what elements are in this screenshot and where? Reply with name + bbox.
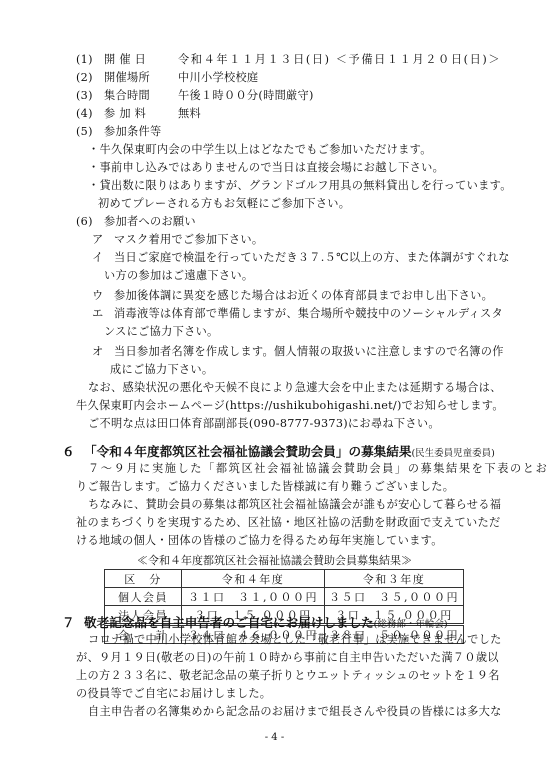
condition-item-continued: 初めてプレーされる方もお気軽にご参加下さい。 bbox=[98, 196, 350, 212]
detail-value: 中川小学校校庭 bbox=[178, 71, 258, 84]
section-title: 敬老記念品を自主申告者のご自宅にお届けしました bbox=[84, 615, 374, 630]
condition-item: ・牛久保東町内会の中学生以上はどなたでもご参加いただけます。 bbox=[88, 142, 432, 158]
section-note: (民生委員児童委員) bbox=[411, 448, 494, 459]
table-header-cell: 区 分 bbox=[105, 570, 182, 588]
request-mark: イ bbox=[92, 250, 114, 266]
section-6-paragraph: ちなみに、賛助会員の募集は都筑区社会福祉協議会が誰もが安心して暮らせる福 bbox=[88, 497, 501, 513]
detail-date: (1)開 催 日令和４年１１月１３日(日) ＜予備日１１月２０日(日)＞ bbox=[76, 52, 501, 68]
request-item: オ当日参加者名簿を作成します。個人情報の取扱いに注意しますので名簿の作 bbox=[92, 344, 504, 360]
table-caption: ≪令和４年度都筑区社会福祉協議会賛助会員募集結果≫ bbox=[0, 552, 549, 568]
detail-label: 参 加 料 bbox=[104, 106, 178, 122]
closing-text: 牛久保東町内会ホームページ(https://ushikubohigashi.ne… bbox=[76, 398, 504, 414]
detail-num: (6) bbox=[76, 214, 104, 230]
detail-num: (4) bbox=[76, 106, 104, 122]
section-7-paragraph: が、９月１９日(敬老の日)の午前１０時から事前に自主申告いただいた満７０歳以 bbox=[76, 650, 499, 666]
section-number: ７ bbox=[62, 614, 84, 632]
request-mark: エ bbox=[92, 306, 114, 322]
request-item: アマスク着用でご参加下さい。 bbox=[92, 232, 263, 248]
detail-fee: (4)参 加 料無料 bbox=[76, 106, 201, 122]
detail-value: 無料 bbox=[178, 107, 201, 120]
request-text: 当日参加者名簿を作成します。個人情報の取扱いに注意しますので名簿の作 bbox=[114, 345, 504, 358]
section-note: (総務部・年輪会) bbox=[374, 619, 448, 630]
section-6-paragraph: ７～９月に実施した「都筑区社会福祉協議会賛助会員」の募集結果を下表のとお bbox=[88, 461, 548, 477]
section-7-paragraph: コロナ禍で中川小学校体育館を会場とした「敬老行事」は実施できませんでした bbox=[88, 632, 502, 648]
detail-num: (5) bbox=[76, 124, 104, 140]
section-6-paragraph: ける地域の個人・団体の皆様のご協力を得るため毎年実施しています。 bbox=[76, 533, 443, 549]
request-text-continued: い方の参加はご遠慮下さい。 bbox=[104, 268, 253, 284]
request-item: イ当日ご家庭で検温を行っていただき３７.５℃以上の方、また体調がすぐれな bbox=[92, 250, 510, 266]
detail-label: 集合時間 bbox=[104, 88, 178, 104]
section-6-paragraph: 祉のまちづくりを実現するため、区社協・地区社協の活動を財政面で支えていただ bbox=[76, 515, 500, 531]
request-text: マスク着用でご参加下さい。 bbox=[114, 233, 263, 246]
detail-label: 参加者へのお願い bbox=[104, 215, 196, 228]
condition-item: ・事前申し込みではありませんので当日は直接会場にお越し下さい。 bbox=[88, 160, 444, 176]
detail-label: 開 催 日 bbox=[104, 52, 178, 68]
section-title: 「令和４年度都筑区社会福祉協議会賛助会員」の募集結果 bbox=[84, 444, 411, 459]
detail-conditions: (5)参加条件等 bbox=[76, 124, 161, 140]
detail-num: (2) bbox=[76, 70, 104, 86]
table-header-cell: 令和４年度 bbox=[182, 570, 325, 588]
detail-label: 開催場所 bbox=[104, 70, 178, 86]
table-header-row: 区 分 令和４年度 令和３年度 bbox=[105, 570, 464, 588]
table-cell: ３１口 ３１,０００円 bbox=[182, 588, 325, 606]
table-header-cell: 令和３年度 bbox=[325, 570, 464, 588]
condition-item: ・貸出数に限りはありますが、グランドゴルフ用具の無料貸出しを行っています。 bbox=[88, 178, 512, 194]
section-7-paragraph: の役員等でご自宅にお届けしました。 bbox=[76, 686, 271, 702]
request-mark: ア bbox=[92, 232, 114, 248]
page-number: - 4 - bbox=[0, 732, 549, 743]
section-6-heading: ６「令和４年度都筑区社会福祉協議会賛助会員」の募集結果(民生委員児童委員) bbox=[62, 443, 495, 463]
request-text: 消毒液等は体育部で準備しますが、集合場所や競技中のソーシャルディスタ bbox=[114, 307, 503, 320]
section-7-paragraph: 自主申告者の名簿集めから記念品のお届けまで組長さんや役員の皆様には多大な bbox=[88, 704, 502, 720]
request-text-continued: ンスにご協力下さい。 bbox=[104, 324, 219, 340]
detail-value: 令和４年１１月１３日(日) ＜予備日１１月２０日(日)＞ bbox=[178, 53, 501, 66]
request-text: 当日ご家庭で検温を行っていただき３７.５℃以上の方、また体調がすぐれな bbox=[114, 251, 510, 264]
request-mark: オ bbox=[92, 344, 114, 360]
section-number: ６ bbox=[62, 443, 84, 461]
table-row: 個人会員 ３１口 ３１,０００円 ３５口 ３５,０００円 bbox=[105, 588, 464, 606]
request-mark: ウ bbox=[92, 288, 114, 304]
detail-num: (1) bbox=[76, 52, 104, 68]
requests-header: (6)参加者へのお願い bbox=[76, 214, 196, 230]
detail-venue: (2)開催場所中川小学校校庭 bbox=[76, 70, 258, 86]
document-page: (1)開 催 日令和４年１１月１３日(日) ＜予備日１１月２０日(日)＞ (2)… bbox=[0, 0, 549, 776]
request-item: ウ参加後体調に異変を感じた場合はお近くの体育部員までお申し出下さい。 bbox=[92, 288, 493, 304]
request-text-continued: 成にご協力下さい。 bbox=[110, 362, 213, 378]
closing-text: なお、感染状況の悪化や天候不良により急遽大会を中止または延期する場合は、 bbox=[88, 380, 502, 396]
section-7-paragraph: 上の方２３３名に、敬老記念品の菓子折りとウエットティッシュのセットを１９名 bbox=[76, 668, 500, 684]
table-cell: ３５口 ３５,０００円 bbox=[325, 588, 464, 606]
section-7-heading: ７敬老記念品を自主申告者のご自宅にお届けしました(総務部・年輪会) bbox=[62, 614, 448, 634]
section-6-paragraph: りご報告します。ご協力くださいました皆様誠に有り難うございました。 bbox=[76, 479, 454, 495]
request-text: 参加後体調に異変を感じた場合はお近くの体育部員までお申し出下さい。 bbox=[114, 289, 493, 302]
closing-text: ご不明な点は田口体育部副部長(090-8777-9373)にお尋ね下さい。 bbox=[88, 416, 440, 432]
table-cell: 個人会員 bbox=[105, 588, 182, 606]
detail-num: (3) bbox=[76, 88, 104, 104]
detail-time: (3)集合時間午後１時００分(時間厳守) bbox=[76, 88, 314, 104]
detail-label: 参加条件等 bbox=[104, 125, 161, 138]
detail-value: 午後１時００分(時間厳守) bbox=[178, 89, 314, 102]
request-item: エ消毒液等は体育部で準備しますが、集合場所や競技中のソーシャルディスタ bbox=[92, 306, 503, 322]
